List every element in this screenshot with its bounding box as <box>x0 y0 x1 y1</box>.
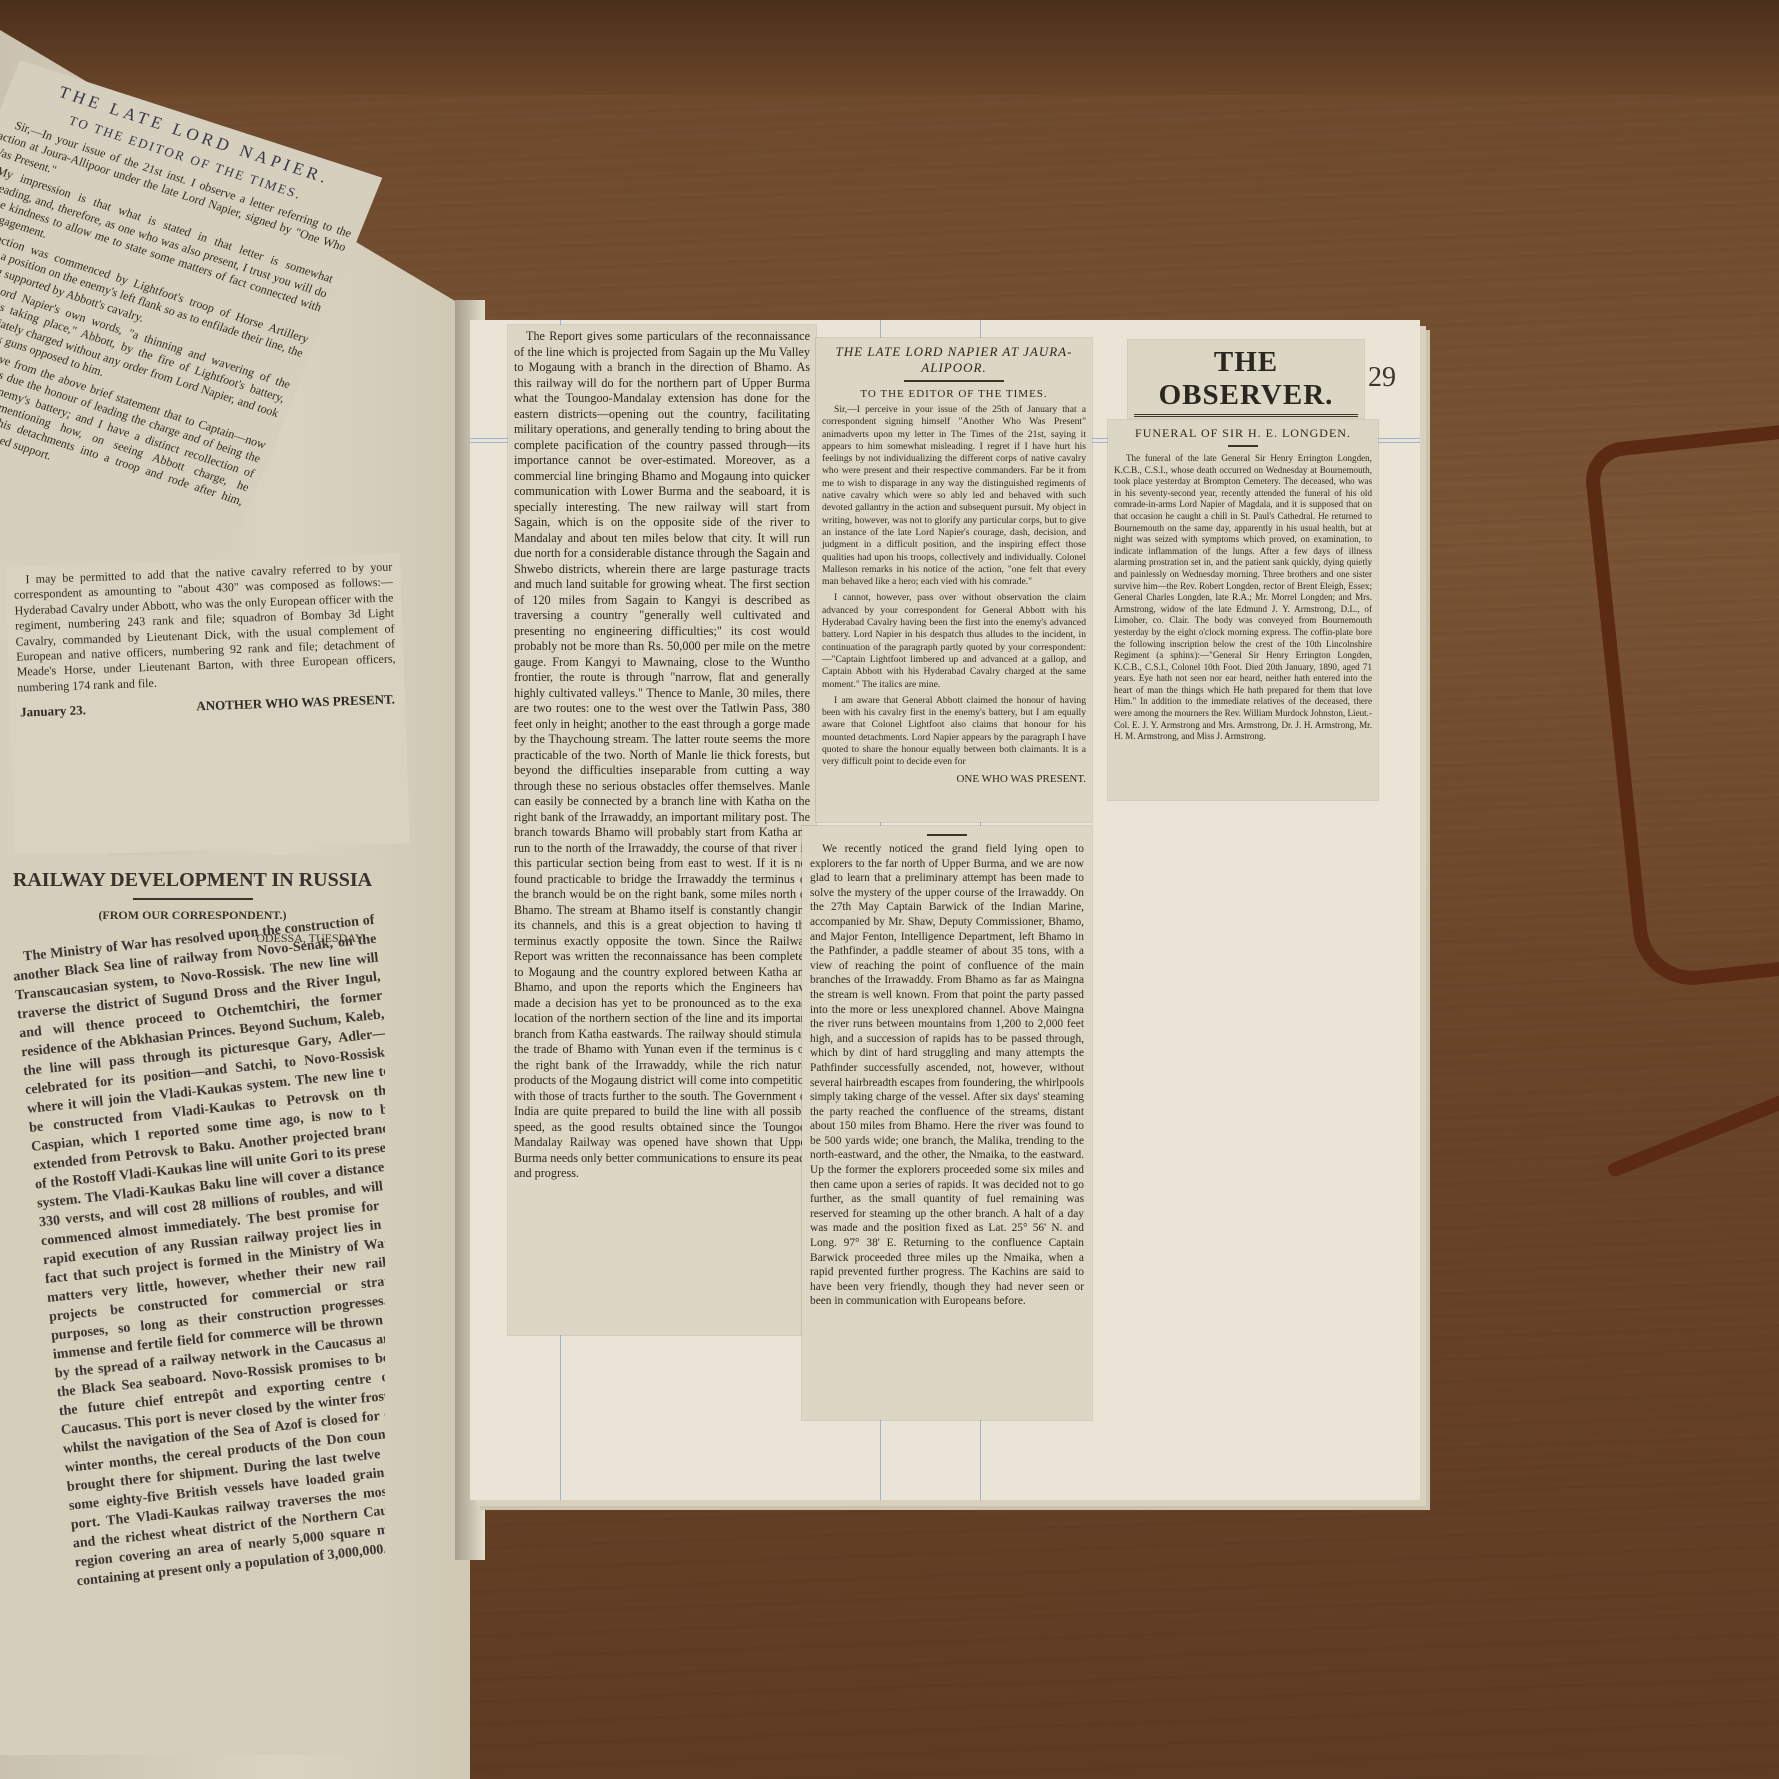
burma-railway-paragraph: The Report gives some particulars of the… <box>514 329 810 1182</box>
napier-letter-date: January 23. <box>20 703 86 721</box>
irrawaddy-paragraph: We recently noticed the grand field lyin… <box>810 842 1084 1309</box>
ornament-rule <box>1228 445 1258 447</box>
ornament-rule <box>927 834 967 836</box>
napier-letter-paragraph: I may be permitted to add that the nativ… <box>13 559 396 695</box>
ornament-rule <box>904 380 1004 382</box>
desk-top-edge <box>0 0 1779 95</box>
burma-railway-clipping: The Report gives some particulars of the… <box>508 325 816 1335</box>
longden-funeral-paragraph: The funeral of the late General Sir Henr… <box>1114 453 1372 743</box>
napier-reply-paragraph: I am aware that General Abbott claimed t… <box>822 695 1086 769</box>
irrawaddy-exploration-clipping: We recently noticed the grand field lyin… <box>802 826 1092 1420</box>
longden-funeral-clipping: FUNERAL OF SIR H. E. LONGDEN. The funera… <box>1108 420 1378 800</box>
napier-reply-paragraph: I cannot, however, pass over without obs… <box>822 592 1086 690</box>
napier-reply-signature: ONE WHO WAS PRESENT. <box>822 773 1086 785</box>
napier-letter-lower-clipping: I may be permitted to add that the nativ… <box>5 553 410 857</box>
observer-masthead: THE OBSERVER. <box>1134 346 1358 412</box>
eyeglasses-temple-arm <box>1606 1076 1779 1179</box>
eyeglasses-frame <box>1582 417 1779 991</box>
russia-railway-clipping: RAILWAY DEVELOPMENT IN RUSSIA (FROM OUR … <box>0 855 385 1755</box>
napier-reply-title: THE LATE LORD NAPIER AT JAURA-ALIPOOR. <box>822 344 1086 376</box>
page-number: 29 <box>1368 362 1396 394</box>
napier-reply-subtitle: TO THE EDITOR OF THE TIMES. <box>822 388 1086 400</box>
observer-dateline: LONDON, SUNDAY, FEBRUARY 2. <box>1134 414 1358 418</box>
russia-article-paragraph: The Ministry of War has resolved upon th… <box>10 911 385 1592</box>
russia-article-title: RAILWAY DEVELOPMENT IN RUSSIA <box>0 869 385 892</box>
napier-reply-clipping: THE LATE LORD NAPIER AT JAURA-ALIPOOR. T… <box>816 338 1092 822</box>
observer-masthead-clipping: THE OBSERVER. LONDON, SUNDAY, FEBRUARY 2… <box>1128 340 1364 418</box>
napier-reply-paragraph: Sir,—I perceive in your issue of the 25t… <box>822 404 1086 588</box>
longden-funeral-headline: FUNERAL OF SIR H. E. LONGDEN. <box>1114 426 1372 441</box>
